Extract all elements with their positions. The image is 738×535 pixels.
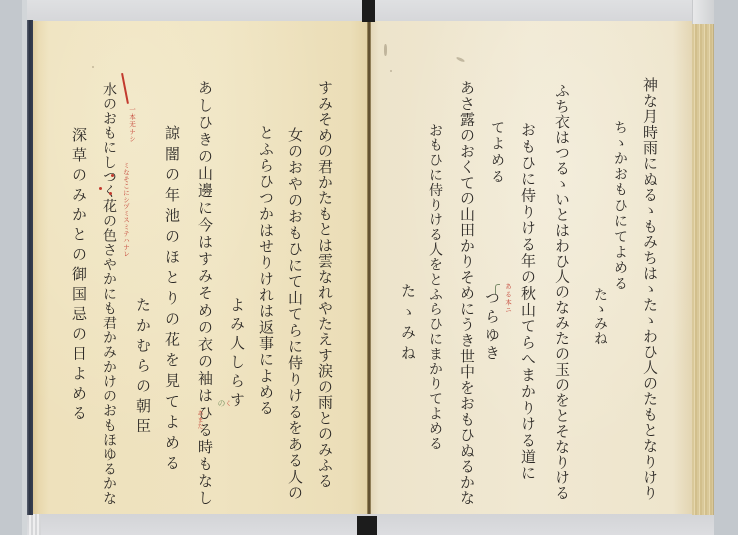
poem-column: すみそめの君かたもとは雲なれやたえす涙の雨とのみふる	[315, 80, 335, 488]
right-page-stack-edge	[692, 24, 714, 515]
red-correction-mark: く	[225, 400, 232, 408]
poem-column: 神な月時雨にぬるゝもみちはゝたゝわひ人のたもとなりけり	[640, 77, 660, 500]
holder-tab-top	[362, 0, 375, 22]
red-dot-mark	[111, 174, 114, 177]
author-column: よみ人しらす	[227, 297, 247, 407]
page-stack-top-right	[692, 0, 714, 25]
headnote-column: 深草のみかとの御国忌の日よめる	[69, 127, 89, 420]
author-column: たゝみね	[590, 287, 610, 345]
author-column: つらゆき	[482, 290, 502, 360]
holder-tab-bottom	[357, 516, 377, 535]
headnote-column: てよめる	[487, 120, 507, 183]
red-annotation-top: 一本无ナシ	[127, 106, 136, 142]
headnote-column: 諒闇の年池のほとりの花を見てよめる	[162, 125, 182, 470]
headnote-column: とふらひつかはせりけれは返事によめる	[256, 125, 276, 415]
poem-column: ふち衣はつるゝいとはわひ人のなみたの玉のをとそなりける	[552, 83, 572, 500]
poem-column: 水のおもにしつく花の色さやかにも君かみかけのおもほゆるかな	[99, 82, 119, 505]
red-dot-mark	[99, 187, 102, 190]
headnote-column: おもひに侍りける人をとふらひにまかりてよめる	[425, 123, 445, 450]
red-dot-mark	[109, 192, 112, 195]
poem-column: あさ露のおくての山田かりそめにうき世中をおもひぬるかな	[457, 80, 477, 505]
paper-mark	[384, 44, 387, 56]
red-annotation-variant: ミなそこにシヅミスミテハナレ	[121, 162, 130, 257]
author-column: たゝみね	[398, 283, 418, 360]
green-bracket-mark	[495, 284, 500, 294]
paper-speck	[92, 66, 94, 68]
poem-column: あしひきの山邊に今はすみそめの衣の袖はひる時もなし	[195, 80, 215, 505]
red-annotation: ある本ニ	[503, 283, 512, 313]
author-column: たかむらの朝臣	[133, 297, 153, 433]
page-stack-bottom-edges	[29, 514, 41, 535]
red-annotation-bottom: あまた	[194, 410, 203, 429]
headnote-column: 女のおやのおもひにて山てらに侍りけるをある人の	[285, 127, 305, 500]
paper-speck	[390, 70, 392, 72]
headnote-column: ちゝかおもひにてよめる	[610, 120, 630, 290]
headnote-column: おもひに侍りける年の秋山てらへまかりける道に	[518, 122, 538, 480]
